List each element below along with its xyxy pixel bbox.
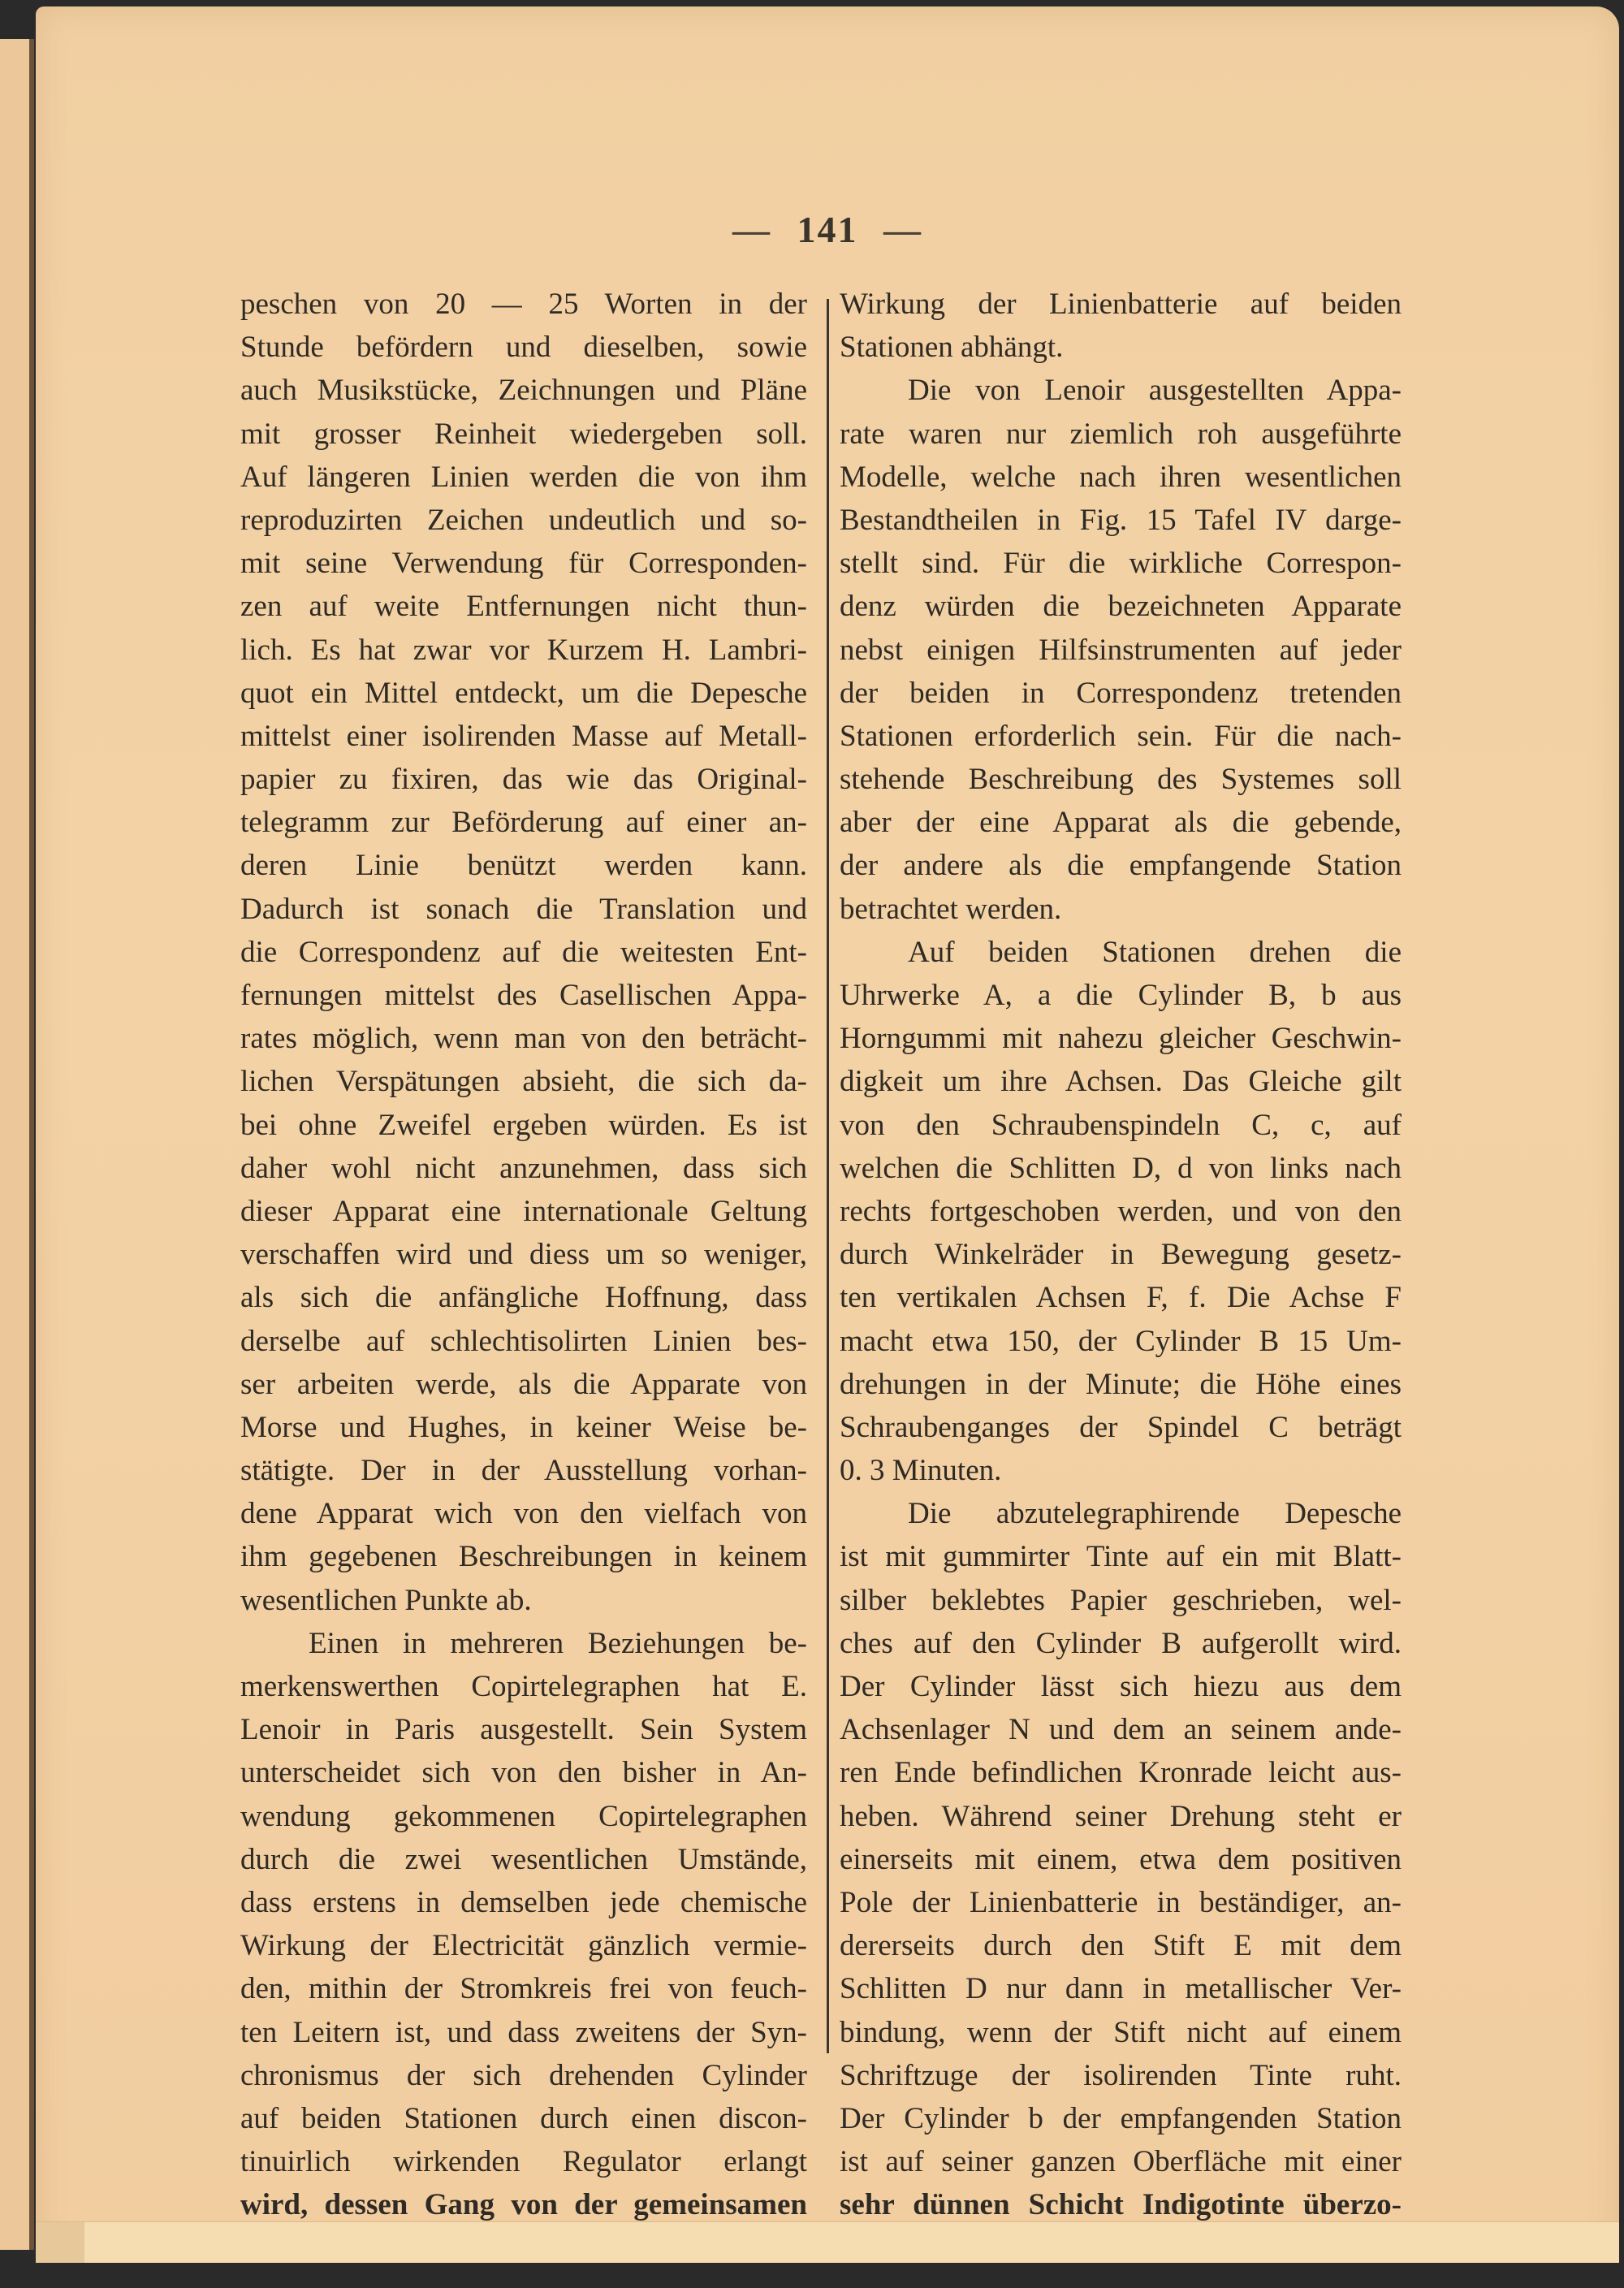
right-column-line: welchen die Schlitten D, d von links nac… [840, 1147, 1402, 1190]
right-column-line: Stationen abhängt. [840, 326, 1402, 369]
left-column-line: Lenoir in Paris ausgestellt. Sein System [240, 1708, 807, 1751]
header-dash-left: — [732, 209, 771, 250]
left-column-line: mit seine Verwendung für Corresponden- [240, 542, 807, 585]
left-column-line: deren Linie benützt werden kann. [240, 844, 807, 887]
left-column-line: verschaffen wird und diess um so weniger… [240, 1233, 807, 1276]
left-column-line: rates möglich, wenn man von den beträcht… [240, 1017, 807, 1060]
left-column-line: dene Apparat wich von den vielfach von [240, 1492, 807, 1535]
right-column-line: dererseits durch den Stift E mit dem [840, 1924, 1402, 1967]
left-column-line: wendung gekommenen Copirtelegraphen [240, 1795, 807, 1838]
left-column-line: tinuirlich wirkenden Regulator erlangt [240, 2140, 807, 2183]
right-column-line: Pole der Linienbatterie in beständiger, … [840, 1881, 1402, 1924]
right-column-line: einerseits mit einem, etwa dem positiven [840, 1838, 1402, 1881]
left-column-line: ihm gegebenen Beschreibungen in keinem [240, 1535, 807, 1578]
right-column-line: der beiden in Correspondenz tretenden [840, 672, 1402, 715]
right-column-line: durch Winkelräder in Bewegung gesetz- [840, 1233, 1402, 1276]
right-text-column: Wirkung der Linienbatterie auf beidenSta… [840, 283, 1402, 2226]
right-column-line: drehungen in der Minute; die Höhe eines [840, 1363, 1402, 1406]
page-number: 141 [797, 209, 858, 250]
left-column-line: zen auf weite Entfernungen nicht thun- [240, 585, 807, 628]
left-column-line: Einen in mehreren Beziehungen be- [240, 1622, 807, 1665]
left-column-line: ten Leitern ist, und dass zweitens der S… [240, 2011, 807, 2054]
right-column-line: ches auf den Cylinder B aufgerollt wird. [840, 1622, 1402, 1665]
left-column-line: Morse und Hughes, in keiner Weise be- [240, 1406, 807, 1449]
left-column-line: wesentlichen Punkte ab. [240, 1579, 807, 1622]
left-column-line: peschen von 20 — 25 Worten in der [240, 283, 807, 326]
right-column-line: Auf beiden Stationen drehen die [840, 931, 1402, 974]
right-column-line: Schlitten D nur dann in metallischer Ver… [840, 1967, 1402, 2010]
right-column-line: Achsenlager N und dem an seinem ande- [840, 1708, 1402, 1751]
left-column-line: ser arbeiten werde, als die Apparate von [240, 1363, 807, 1406]
left-column-line: die Correspondenz auf die weitesten Ent- [240, 931, 807, 974]
left-column-line: stätigte. Der in der Ausstellung vorhan- [240, 1449, 807, 1492]
header-dash-right: — [883, 209, 922, 250]
right-column-line: Der Cylinder lässt sich hiezu aus dem [840, 1665, 1402, 1708]
column-divider-rule [827, 299, 829, 2053]
right-column-line: rate waren nur ziemlich roh ausgeführte [840, 413, 1402, 456]
left-column-line: fernungen mittelst des Casellischen Appa… [240, 974, 807, 1017]
left-text-column: peschen von 20 — 25 Worten in derStunde … [240, 283, 807, 2226]
left-column-line: lichen Verspätungen absieht, die sich da… [240, 1060, 807, 1103]
right-column-line: ist mit gummirter Tinte auf ein mit Blat… [840, 1535, 1402, 1578]
right-column-line: rechts fortgeschoben werden, und von den [840, 1190, 1402, 1233]
left-column-line: Stunde befördern und dieselben, sowie [240, 326, 807, 369]
left-column-line: daher wohl nicht anzunehmen, dass sich [240, 1147, 807, 1190]
left-column-line: unterscheidet sich von den bisher in An- [240, 1751, 807, 1794]
right-column-line: der andere als die empfangende Station [840, 844, 1402, 887]
left-column-line: papier zu fixiren, das wie das Original- [240, 758, 807, 801]
left-column-line: auch Musikstücke, Zeichnungen und Pläne [240, 369, 807, 412]
right-column-line: 0. 3 Minuten. [840, 1449, 1402, 1492]
right-column-line: digkeit um ihre Achsen. Das Gleiche gilt [840, 1060, 1402, 1103]
right-column-line: betrachtet werden. [840, 888, 1402, 931]
bottom-strip-corner [36, 2222, 84, 2263]
page-header: — 141 — [36, 208, 1619, 251]
left-column-line: auf beiden Stationen durch einen discon- [240, 2097, 807, 2140]
left-column-line: derselbe auf schlechtisolirten Linien be… [240, 1320, 807, 1363]
left-column-line: Wirkung der Electricität gänzlich vermie… [240, 1924, 807, 1967]
left-column-line: merkenswerthen Copirtelegraphen hat E. [240, 1665, 807, 1708]
left-column-line: wird, dessen Gang von der gemeinsamen [240, 2183, 807, 2226]
left-column-line: reproduzirten Zeichen undeutlich und so- [240, 499, 807, 542]
left-column-line: mit grosser Reinheit wiedergeben soll. [240, 413, 807, 456]
right-column-line: Modelle, welche nach ihren wesentlichen [840, 456, 1402, 499]
right-column-line: Bestandtheilen in Fig. 15 Tafel IV darge… [840, 499, 1402, 542]
previous-page-edge [0, 39, 34, 2250]
left-column-line: als sich die anfängliche Hoffnung, dass [240, 1276, 807, 1319]
left-column-line: chronismus der sich drehenden Cylinder [240, 2054, 807, 2097]
right-column-line: Uhrwerke A, a die Cylinder B, b aus [840, 974, 1402, 1017]
page-bottom-strip [36, 2221, 1619, 2263]
right-column-line: Der Cylinder b der empfangenden Station [840, 2097, 1402, 2140]
right-column-line: silber beklebtes Papier geschrieben, wel… [840, 1579, 1402, 1622]
left-column-line: mittelst einer isolirenden Masse auf Met… [240, 715, 807, 758]
left-column-line: den, mithin der Stromkreis frei von feuc… [240, 1967, 807, 2010]
right-column-line: sehr dünnen Schicht Indigotinte überzo- [840, 2183, 1402, 2226]
right-column-line: von den Schraubenspindeln C, c, auf [840, 1104, 1402, 1147]
right-column-line: Horngummi mit nahezu gleicher Geschwin- [840, 1017, 1402, 1060]
right-column-line: stellt sind. Für die wirkliche Correspon… [840, 542, 1402, 585]
right-column-line: Schriftzuge der isolirenden Tinte ruht. [840, 2054, 1402, 2097]
left-column-line: Dadurch ist sonach die Translation und [240, 888, 807, 931]
right-column-line: macht etwa 150, der Cylinder B 15 Um- [840, 1320, 1402, 1363]
left-column-line: lich. Es hat zwar vor Kurzem H. Lambri- [240, 629, 807, 672]
right-column-line: Die abzutelegraphirende Depesche [840, 1492, 1402, 1535]
right-column-line: Schraubenganges der Spindel C beträgt [840, 1406, 1402, 1449]
left-column-line: bei ohne Zweifel ergeben würden. Es ist [240, 1104, 807, 1147]
right-column-line: bindung, wenn der Stift nicht auf einem [840, 2011, 1402, 2054]
left-column-line: durch die zwei wesentlichen Umstände, [240, 1838, 807, 1881]
right-column-line: Wirkung der Linienbatterie auf beiden [840, 283, 1402, 326]
right-column-line: denz würden die bezeichneten Apparate [840, 585, 1402, 628]
left-column-line: telegramm zur Beförderung auf einer an- [240, 801, 807, 844]
right-column-line: Die von Lenoir ausgestellten Appa- [840, 369, 1402, 412]
left-column-line: quot ein Mittel entdeckt, um die Depesch… [240, 672, 807, 715]
right-column-line: heben. Während seiner Drehung steht er [840, 1795, 1402, 1838]
document-page: — 141 — peschen von 20 — 25 Worten in de… [36, 6, 1619, 2263]
left-column-line: dieser Apparat eine internationale Geltu… [240, 1190, 807, 1233]
right-column-line: nebst einigen Hilfsinstrumenten auf jede… [840, 629, 1402, 672]
left-column-line: dass erstens in demselben jede chemische [240, 1881, 807, 1924]
right-column-line: ist auf seiner ganzen Oberfläche mit ein… [840, 2140, 1402, 2183]
right-column-line: ten vertikalen Achsen F, f. Die Achse F [840, 1276, 1402, 1319]
right-column-line: stehende Beschreibung des Systemes soll [840, 758, 1402, 801]
right-column-line: Stationen erforderlich sein. Für die nac… [840, 715, 1402, 758]
right-column-line: ren Ende befindlichen Kronrade leicht au… [840, 1751, 1402, 1794]
left-column-line: Auf längeren Linien werden die von ihm [240, 456, 807, 499]
right-column-line: aber der eine Apparat als die gebende, [840, 801, 1402, 844]
